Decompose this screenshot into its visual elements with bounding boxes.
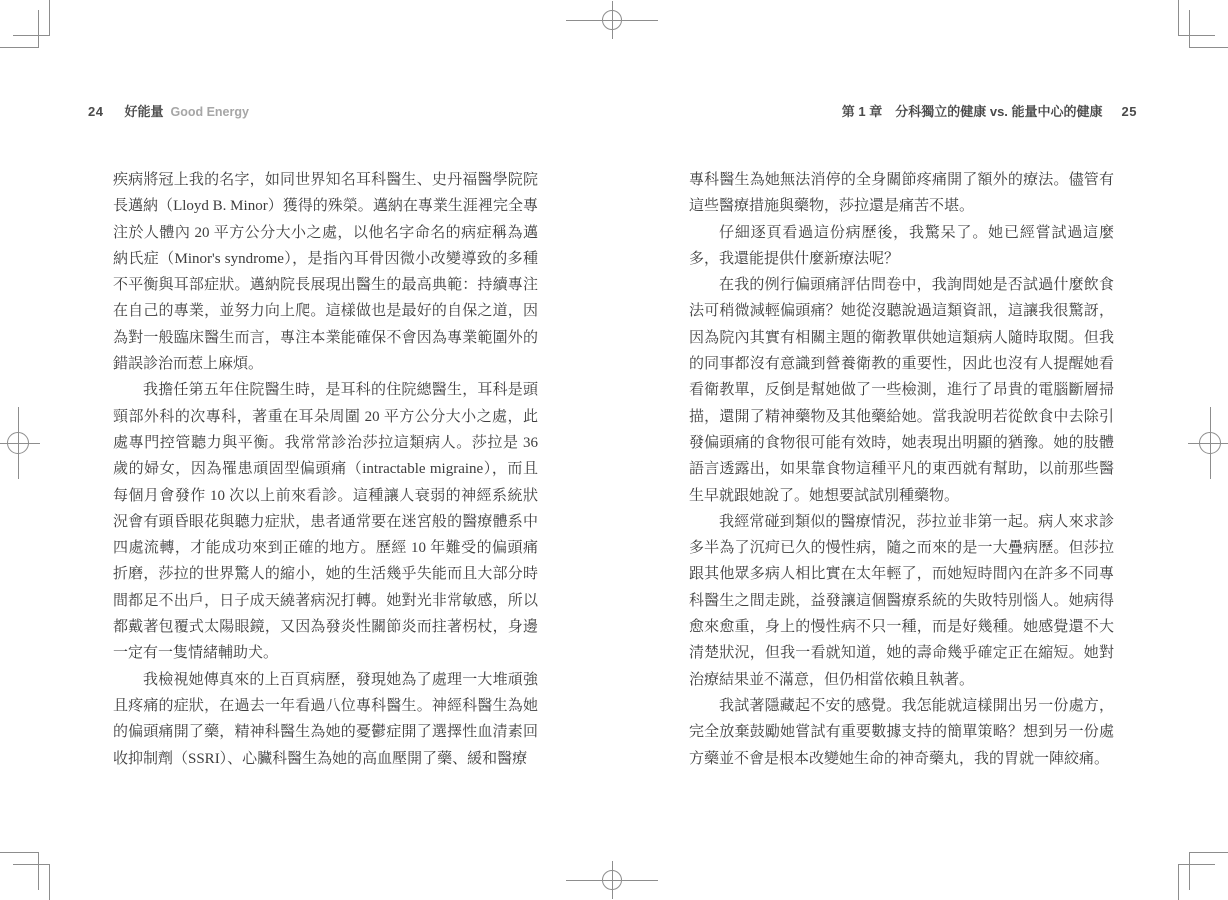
body-paragraph: 在我的例行偏頭痛評估問卷中，我詢問她是否試過什麼飲食法可稍微減輕偏頭痛？她從沒聽… (689, 272, 1114, 509)
registration-mark-top-icon (566, 1, 658, 39)
page-number-left: 24 (88, 104, 103, 119)
crop-mark-top-right-icon (1178, 0, 1228, 50)
running-head-left: 24好能量Good Energy (88, 101, 249, 120)
body-paragraph: 仔細逐頁看過這份病歷後，我驚呆了。她已經嘗試過這麼多，我還能提供什麼新療法呢？ (689, 220, 1114, 273)
body-paragraph: 我檢視她傳真來的上百頁病歷，發現她為了處理一大堆頑強且疼痛的症狀，在過去一年看過… (113, 667, 538, 772)
crop-mark-bottom-right-icon (1178, 850, 1228, 900)
book-spread-proof: { "colors": { "body_text": "#3d3d3d", "h… (0, 0, 1228, 900)
registration-mark-right-icon (1188, 407, 1228, 479)
body-paragraph: 專科醫生為她無法消停的全身關節疼痛開了額外的療法。儘管有這些醫療措施與藥物，莎拉… (689, 167, 1114, 220)
crop-mark-bottom-left-icon (0, 850, 50, 900)
crop-mark-top-left-icon (0, 0, 50, 50)
running-head-right: 第 1 章 分科獨立的健康 vs. 能量中心的健康25 (842, 101, 1137, 120)
series-subtitle: Good Energy (170, 105, 248, 119)
body-paragraph: 我試著隱藏起不安的感覺。我怎能就這樣開出另一份處方，完全放棄鼓勵她嘗試有重要數據… (689, 693, 1114, 772)
registration-mark-left-icon (0, 407, 40, 479)
series-title: 好能量 (124, 104, 163, 119)
registration-mark-bottom-icon (566, 861, 658, 899)
left-page-text-block: 疾病將冠上我的名字，如同世界知名耳科醫生、史丹福醫學院院長邁納（Lloyd B.… (113, 167, 538, 772)
page-number-right: 25 (1122, 104, 1137, 119)
chapter-title: 第 1 章 分科獨立的健康 vs. 能量中心的健康 (842, 104, 1103, 119)
body-paragraph: 我擔任第五年住院醫生時，是耳科的住院總醫生，耳科是頭頸部外科的次專科，著重在耳朵… (113, 377, 538, 666)
body-paragraph: 我經常碰到類似的醫療情況，莎拉並非第一起。病人來求診多半為了沉疴已久的慢性病，隨… (689, 509, 1114, 693)
right-page-text-block: 專科醫生為她無法消停的全身關節疼痛開了額外的療法。儘管有這些醫療措施與藥物，莎拉… (689, 167, 1114, 772)
body-paragraph: 疾病將冠上我的名字，如同世界知名耳科醫生、史丹福醫學院院長邁納（Lloyd B.… (113, 167, 538, 377)
